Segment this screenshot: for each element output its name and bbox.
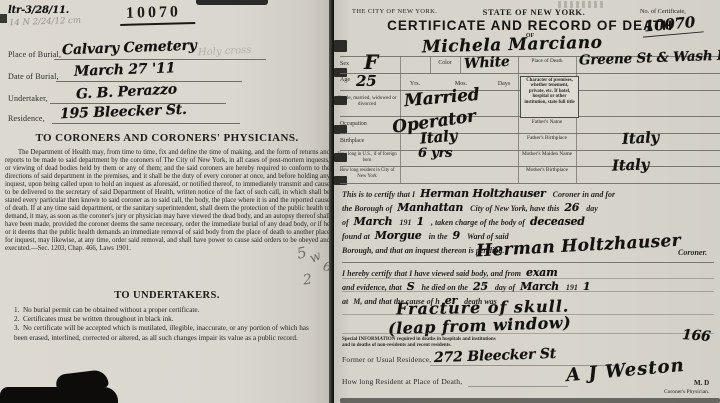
scan-edge-artifact	[334, 40, 347, 52]
us-years-value-handwritten: 6 yrs	[418, 146, 452, 161]
sex-value-handwritten: F	[364, 50, 378, 74]
field-value-handwritten: March 27 '11	[74, 60, 176, 80]
pencil-number-handwritten: 166	[681, 327, 711, 345]
handwritten-fill: 1	[416, 215, 423, 228]
handwritten-fill: March	[354, 215, 393, 228]
handwritten-fill: Manhattan	[397, 201, 463, 214]
left-page: ltr-3/28/11. 14 N 2/24/12 cm 10070 Place…	[0, 0, 334, 403]
marital-status-label: Single, married, widowed or divorced	[336, 96, 398, 108]
printed-form-text: , taken charge of the body of	[431, 218, 525, 227]
mothers-birthplace-value-handwritten: Italy	[612, 155, 650, 174]
scan-edge-artifact-left	[0, 14, 7, 23]
field-value-handwritten: 195 Bleecker St.	[60, 102, 187, 122]
coroners-regulation-paragraph: The Department of Health may, from time …	[5, 149, 330, 253]
birthplace-value-handwritten: Italy	[419, 126, 458, 147]
field-label: Date of Burial,	[8, 72, 59, 81]
handwritten-fill: deceased	[530, 215, 585, 228]
deceased-name-handwritten: Michela Marciano	[422, 33, 603, 58]
character-of-premises-label: Character of premises, whether tenement,…	[520, 76, 579, 118]
printed-form-text: Coroner in and for	[553, 190, 615, 199]
coroners-physician-label: Coroner's Physician.	[664, 389, 709, 395]
scan-edge-artifact-bottom	[340, 398, 720, 403]
list-item: 1. No burial permit can be obtained with…	[14, 306, 324, 315]
former-residence-value-handwritten: 272 Bleecker St	[434, 346, 557, 366]
list-item: 2. Certificates must be written througho…	[14, 315, 324, 324]
certification-line: the Borough ofManhattanCity of New York,…	[342, 201, 716, 215]
handwritten-fill: 26	[564, 201, 579, 214]
printed-form-text: in the	[429, 232, 448, 241]
list-item: 3. No certificate will be accepted which…	[14, 324, 324, 342]
pencil-filing-note: 14 N 2/24/12 cm	[9, 16, 81, 29]
resident-duration-label: How long Resident at Place of Death,	[342, 377, 462, 386]
former-residence-label: Former or Usual Residence,	[342, 355, 431, 364]
printed-form-text: 191	[399, 218, 411, 227]
printed-form-text: City of New York, have this	[470, 204, 559, 213]
field-value-handwritten: Calvary Cemetery	[62, 38, 197, 59]
certification-line: This is to certify that IHerman Holtzhau…	[342, 187, 716, 201]
undertakers-list: 1. No burial permit can be obtained with…	[14, 306, 324, 343]
handwritten-fill: Herman Holtzhauser	[420, 187, 546, 200]
handwritten-fill: Morgue	[375, 229, 422, 242]
pencil-burial-note: Holy cross	[198, 45, 252, 59]
how-long-in-us-label: How long in U.S., if of foreign born	[336, 152, 398, 164]
printed-form-text: found at	[342, 232, 370, 241]
state-of-new-york-line: STATE OF NEW YORK.	[414, 7, 654, 17]
fathers-name-label: Father's Name	[520, 120, 574, 126]
handwritten-letter-date-note: ltr-3/28/11.	[8, 5, 69, 16]
how-long-in-nyc-label: How long resident in City of New York	[336, 168, 398, 180]
scanned-death-certificate: ltr-3/28/11. 14 N 2/24/12 cm 10070 Place…	[0, 0, 720, 403]
printed-form-text: day	[586, 204, 598, 213]
certificate-number-stamp: 10070	[120, 3, 196, 26]
yrs-label: Yrs.	[404, 82, 426, 88]
scan-edge-artifact-top	[196, 0, 268, 5]
field-residence: Residence, 195 Bleecker St.	[0, 106, 334, 128]
field-label: Residence,	[8, 114, 45, 123]
undertakers-section-heading: TO UNDERTAKERS.	[0, 290, 334, 301]
printed-form-text: at	[342, 297, 348, 306]
right-page: THE CITY OF NEW YORK. STATE OF NEW YORK.…	[334, 0, 720, 403]
margin-scribble: 2	[302, 271, 313, 288]
fathers-birthplace-value-handwritten: Italy	[622, 128, 660, 148]
mothers-maiden-name-label: Mother's Maiden Name	[520, 152, 574, 158]
md-label: M. D	[694, 379, 709, 387]
coroners-section-heading: TO CORONERS AND CORONERS' PHYSICIANS.	[0, 132, 334, 144]
printed-form-text: I hereby certify that I have viewed said…	[342, 269, 521, 278]
mothers-birthplace-label: Mother's Birthplace	[520, 168, 574, 174]
days-label: Days	[492, 82, 516, 88]
color-label: Color	[431, 61, 459, 67]
age-value-handwritten: 25	[356, 72, 376, 90]
field-label: Place of Burial,	[8, 50, 61, 59]
fathers-birthplace-label: Father's Birthplace	[520, 136, 574, 142]
handwritten-fill: 9	[453, 229, 460, 242]
place-of-death-label: Place of Death	[520, 59, 574, 65]
physician-signature-handwritten: A J Weston	[565, 355, 685, 386]
coroner-printed-label: Coroner.	[678, 248, 707, 257]
printed-form-text: This is to certify that I	[342, 190, 415, 199]
faint-stamp-artifact	[558, 1, 604, 8]
certification-line: ofMarch1911, taken charge of the body of…	[342, 215, 716, 229]
birthplace-label: Birthplace	[336, 139, 402, 145]
printed-form-text: of	[342, 218, 349, 227]
field-label: Undertaker,	[8, 94, 48, 103]
certificate-number-handwritten: 10070	[641, 12, 704, 37]
color-value-handwritten: White	[464, 54, 510, 72]
printed-form-text: the Borough of	[342, 204, 392, 213]
